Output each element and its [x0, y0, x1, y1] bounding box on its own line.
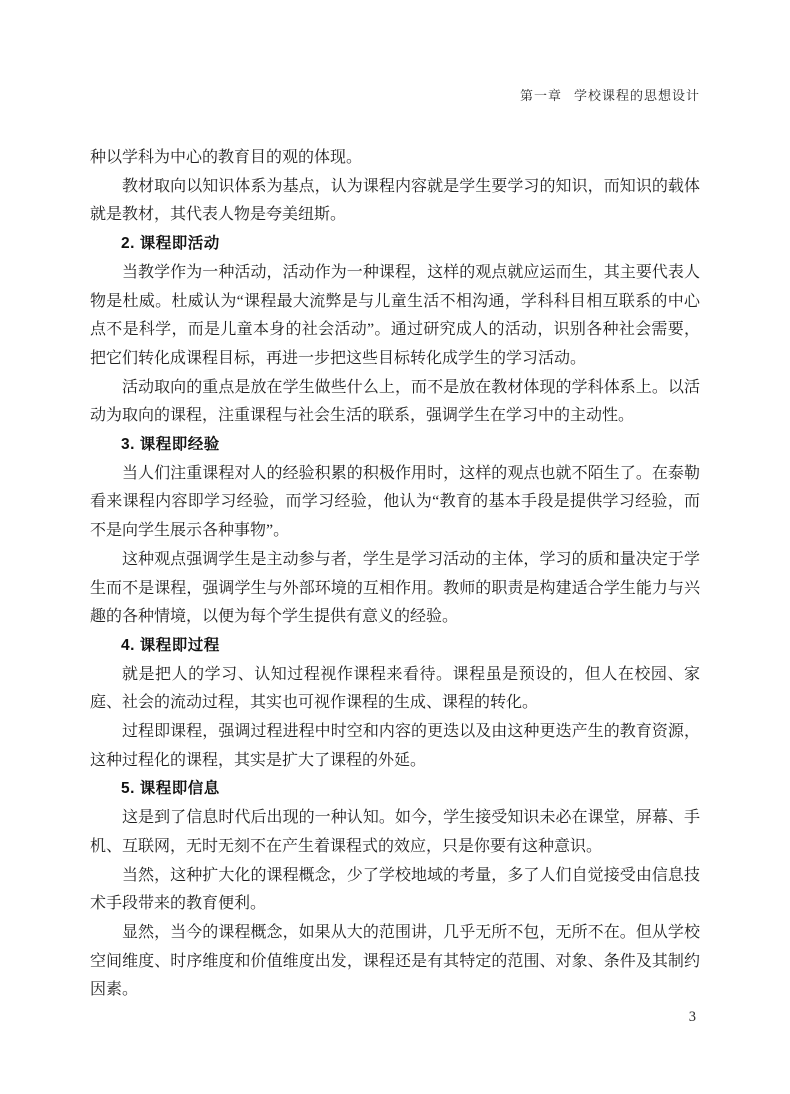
running-header: 第一章学校课程的思想设计	[520, 87, 700, 105]
page-number: 3	[689, 1007, 696, 1027]
section-heading: 5. 课程即信息	[90, 775, 700, 804]
paragraph: 当然，这种扩大化的课程概念，少了学校地域的考量，多了人们自觉接受由信息技术手段带…	[90, 862, 700, 919]
paragraph: 显然，当今的课程概念，如果从大的范围讲，几乎无所不包，无所不在。但从学校空间维度…	[90, 919, 700, 1005]
chapter-title: 学校课程的思想设计	[574, 88, 700, 103]
paragraph: 就是把人的学习、认知过程视作课程来看待。课程虽是预设的，但人在校园、家庭、社会的…	[90, 661, 700, 718]
document-page: 第一章学校课程的思想设计 种以学科为中心的教育目的观的体现。 教材取向以知识体系…	[0, 0, 790, 1094]
section-heading: 2. 课程即活动	[90, 230, 700, 259]
paragraph: 教材取向以知识体系为基点，认为课程内容就是学生要学习的知识，而知识的载体就是教材…	[90, 173, 700, 230]
chapter-label: 第一章	[520, 88, 562, 103]
paragraph: 这种观点强调学生是主动参与者，学生是学习活动的主体，学习的质和量决定于学生而不是…	[90, 546, 700, 632]
paragraph: 当人们注重课程对人的经验积累的积极作用时，这样的观点也就不陌生了。在泰勒看来课程…	[90, 460, 700, 546]
paragraph: 这是到了信息时代后出现的一种认知。如今，学生接受知识未必在课堂，屏幕、手机、互联…	[90, 804, 700, 861]
paragraph: 过程即课程，强调过程进程中时空和内容的更迭以及由这种更迭产生的教育资源，这种过程…	[90, 718, 700, 775]
section-heading: 4. 课程即过程	[90, 632, 700, 661]
paragraph-continuation: 种以学科为中心的教育目的观的体现。	[90, 144, 700, 173]
body-text: 种以学科为中心的教育目的观的体现。 教材取向以知识体系为基点，认为课程内容就是学…	[90, 144, 700, 1005]
section-heading: 3. 课程即经验	[90, 431, 700, 460]
paragraph: 当教学作为一种活动，活动作为一种课程，这样的观点就应运而生，其主要代表人物是杜威…	[90, 259, 700, 374]
paragraph: 活动取向的重点是放在学生做些什么上，而不是放在教材体现的学科体系上。以活动为取向…	[90, 374, 700, 431]
